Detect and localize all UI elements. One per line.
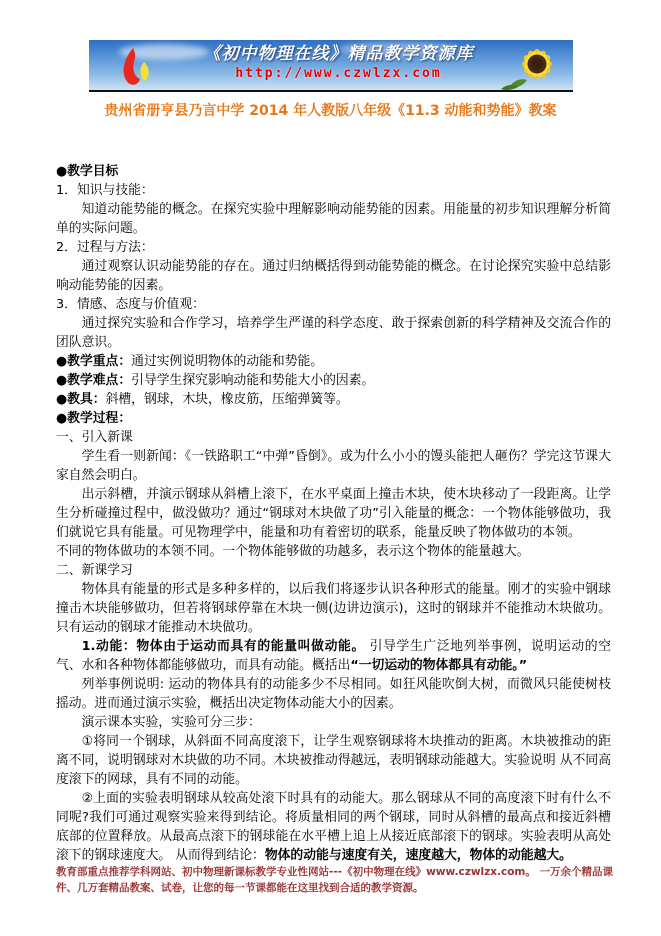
paragraph-run: 二、新课学习 [56,563,133,578]
paragraph: 列举事例说明: 运动的物体具有的动能多少不尽相同。如狂风能吹倒大树，而微风只能使… [56,675,611,713]
banner-site-title: 《初中物理在线》精品教学资源库 [189,43,489,65]
paragraph-run: 不同的物体做功的本领不同。一个物体能够做的功越多，表示这个物体的能量越大。 [56,544,529,559]
paragraph-run: 物体具有能量的形式是多种多样的，以后我们将逐步认识各种形式的能量。刚才的实验中钢… [56,582,611,635]
paragraph-run: 列举事例说明: 运动的物体具有的动能多少不尽相同。如狂风能吹倒大树，而微风只能使… [56,677,611,711]
paragraph-bold-run: “一切运动的物体都具有动能。” [350,658,527,673]
paragraph-bold-run: ●教学目标 [56,164,118,179]
sunflower-icon [491,42,571,90]
paragraph-run: 一、引入新课 [56,430,133,445]
paragraph-run: 通过实例说明物体的动能和势能。 [131,354,323,369]
paragraph: ●教学过程： [56,409,611,428]
footer-note: 教育部重点推荐学科网站、初中物理新课标教学专业性网站---《初中物理在线》www… [56,864,625,896]
paragraph-run: 3．情感、态度与价值观： [56,297,205,312]
paragraph-run: 引导学生探究影响动能和势能大小的因素。 [131,373,374,388]
paragraph: 2．过程与方法： [56,238,611,257]
paragraph: 出示斜槽，并演示钢球从斜槽上滚下，在水平桌面上撞击木块，使木块移动了一段距离。让… [56,485,611,542]
paragraph-run: 通过探究实验和合作学习，培养学生严谨的科学态度、敢于探索创新的科学精神及交流合作… [56,316,611,350]
paragraph: ●教具：斜槽，钢球，木块，橡皮筋，压缩弹簧等。 [56,390,611,409]
paragraph: 3．情感、态度与价值观： [56,295,611,314]
paragraph-bold-run: ●教具： [56,392,106,407]
flame-logo-icon [117,47,159,87]
paragraph: 物体具有能量的形式是多种多样的，以后我们将逐步认识各种形式的能量。刚才的实验中钢… [56,580,611,637]
paragraph: ●教学目标 [56,162,611,181]
document-title: 贵州省册亨县乃言中学 2014 年人教版八年级《11.3 动能和势能》教案 [0,102,661,120]
paragraph: 通过探究实验和合作学习，培养学生严谨的科学态度、敢于探索创新的科学精神及交流合作… [56,314,611,352]
paragraph: 二、新课学习 [56,561,611,580]
document-body: ●教学目标1．知识与技能：知道动能势能的概念。在探究实验中理解影响动能势能的因素… [56,162,611,865]
paragraph-run: 斜槽，钢球，木块，橡皮筋，压缩弹簧等。 [106,392,349,407]
paragraph: ●教学重点：通过实例说明物体的动能和势能。 [56,352,611,371]
paragraph: 演示课本实验，实验可分三步： [56,713,611,732]
paragraph: 知道动能势能的概念。在探究实验中理解影响动能势能的因素。用能量的初步知识理解分析… [56,200,611,238]
paragraph-run: 演示课本实验，实验可分三步： [82,715,261,730]
paragraph: 通过观察认识动能势能的存在。通过归纳概括得到动能势能的概念。在讨论探究实验中总结… [56,257,611,295]
paragraph-bold-run: ●教学重点： [56,354,131,369]
paragraph: 学生看一则新闻：《一铁路职工“中弹”昏倒》。或为什么小小的馒头能把人砸伤？学完这… [56,447,611,485]
paragraph: ②上面的实验表明钢球从较高处滚下时具有的动能大。那么钢球从不同的高度滚下时有什么… [56,789,611,865]
paragraph-run: 2．过程与方法： [56,240,154,255]
site-banner: 《初中物理在线》精品教学资源库 http://www.czwlzx.com [89,40,573,92]
paragraph-run: 1．知识与技能： [56,183,154,198]
paragraph: ①将同一个钢球，从斜面不同高度滚下，让学生观察钢球将木块推动的距离。木块被推动的… [56,732,611,789]
paragraph-bold-run: 物体的动能与速度有关，速度越大，物体的动能越大。 [265,848,572,863]
paragraph-bold-run: ●教学难点： [56,373,131,388]
paragraph-run: 通过观察认识动能势能的存在。通过归纳概括得到动能势能的概念。在讨论探究实验中总结… [56,259,611,293]
paragraph-run: ①将同一个钢球，从斜面不同高度滚下，让学生观察钢球将木块推动的距离。木块被推动的… [56,734,611,787]
paragraph: 1．知识与技能： [56,181,611,200]
document-page: 《初中物理在线》精品教学资源库 http://www.czwlzx.com [0,0,661,936]
paragraph-bold-run: ●教学过程： [56,411,131,426]
paragraph-bold-run: 1.动能：物体由于运动而具有的能量叫做动能。 [82,639,365,654]
banner-site-url[interactable]: http://www.czwlzx.com [189,65,489,83]
paragraph-run: 出示斜槽，并演示钢球从斜槽上滚下，在水平桌面上撞击木块，使木块移动了一段距离。让… [56,487,611,540]
paragraph-run: 知道动能势能的概念。在探究实验中理解影响动能势能的因素。用能量的初步知识理解分析… [56,202,611,236]
paragraph: 不同的物体做功的本领不同。一个物体能够做的功越多，表示这个物体的能量越大。 [56,542,611,561]
paragraph: 1.动能：物体由于运动而具有的能量叫做动能。 引导学生广泛地列举事例，说明运动的… [56,637,611,675]
paragraph-run: 学生看一则新闻：《一铁路职工“中弹”昏倒》。或为什么小小的馒头能把人砸伤？学完这… [56,449,611,483]
paragraph: ●教学难点：引导学生探究影响动能和势能大小的因素。 [56,371,611,390]
paragraph: 一、引入新课 [56,428,611,447]
